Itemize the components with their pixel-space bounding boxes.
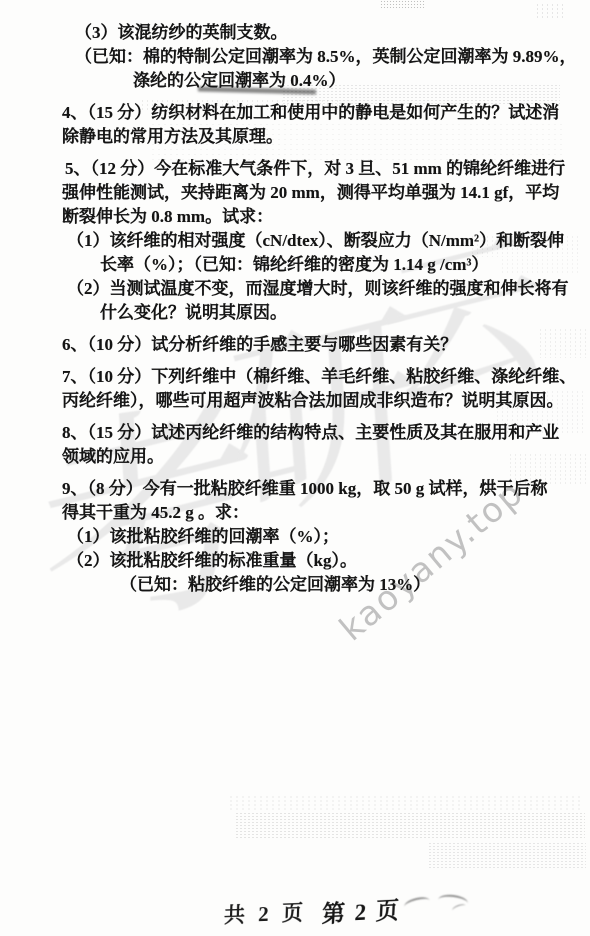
handwritten-scribble — [403, 895, 431, 912]
text-line: （已知：粘胶纤维的公定回潮率为 13%） — [62, 573, 582, 597]
scan-noise — [380, 0, 425, 8]
text-line: 丙纶纤维），哪些可用超声波粘合法加固成非织造布？说明其原因。 — [62, 389, 582, 413]
footer-current-page: 第 2 页 — [321, 892, 402, 929]
text-line: 除静电的常用方法及其原理。 — [62, 125, 582, 149]
text-line: 涤纶的公定回潮率为 0.4%） — [62, 69, 582, 93]
text-line: （1）该纤维的相对强度（cN/dtex）、断裂应力（N/mm²）和断裂伸 — [62, 229, 582, 253]
text-line: 什么变化？说明其原因。 — [62, 301, 582, 325]
text-line: （2）该批粘胶纤维的标准重量（kg）。 — [62, 549, 582, 573]
text-line: （3）该混纺纱的英制支数。 — [62, 21, 582, 45]
text-line: 长率（%）；（已知：锦纶纤维的密度为 1.14 g /cm³） — [62, 253, 582, 277]
text-line: 得其干重为 45.2 g 。求： — [62, 501, 582, 525]
question-block: 5、（12 分）今在标准大气条件下，对 3 旦、51 mm 的锦纶纤维进行强伸性… — [62, 157, 582, 325]
footer-total-pages: 共 2 页 — [224, 897, 308, 930]
text-line: 强伸性能测试，夹持距离为 20 mm，测得平均单强为 14.1 gf，平均 — [62, 181, 582, 205]
text-line: 6、（10 分）试分析纤维的手感主要与哪些因素有关？ — [62, 333, 582, 357]
exam-body: （3）该混纺纱的英制支数。（已知：棉的特制公定回潮率为 8.5%，英制公定回潮率… — [62, 21, 582, 605]
scan-noise — [235, 812, 585, 840]
text-line: 4、（15 分）纺织材料在加工和使用中的静电是如何产生的？试述消 — [62, 101, 582, 125]
question-block: 4、（15 分）纺织材料在加工和使用中的静电是如何产生的？试述消除静电的常用方法… — [62, 101, 582, 149]
scan-noise — [535, 3, 567, 19]
text-line: （1）该批粘胶纤维的回潮率（%）； — [62, 525, 582, 549]
text-line: 9、（8 分）今有一批粘胶纤维重 1000 kg，取 50 g 试样，烘干后称 — [62, 477, 582, 501]
question-block: 7、（10 分）下列纤维中（棉纤维、羊毛纤维、粘胶纤维、涤纶纤维、丙纶纤维），哪… — [62, 365, 582, 413]
question-block: 8、（15 分）试述丙纶纤维的结构特点、主要性质及其在服用和产业领域的应用。 — [62, 421, 582, 469]
text-line: （2）当测试温度不变，而湿度增大时，则该纤维的强度和伸长将有 — [62, 277, 582, 301]
text-line: 5、（12 分）今在标准大气条件下，对 3 旦、51 mm 的锦纶纤维进行 — [62, 157, 582, 181]
question-block: （3）该混纺纱的英制支数。（已知：棉的特制公定回潮率为 8.5%，英制公定回潮率… — [62, 21, 582, 93]
text-line: 8、（15 分）试述丙纶纤维的结构特点、主要性质及其在服用和产业 — [62, 421, 582, 445]
question-block: 6、（10 分）试分析纤维的手感主要与哪些因素有关？ — [62, 333, 582, 357]
question-block: 9、（8 分）今有一批粘胶纤维重 1000 kg，取 50 g 试样，烘干后称得… — [62, 477, 582, 597]
text-line: 领域的应用。 — [62, 445, 582, 469]
text-line: （已知：棉的特制公定回潮率为 8.5%，英制公定回潮率为 9.89%， — [62, 45, 582, 69]
text-line: 断裂伸长为 0.8 mm。试求： — [62, 205, 582, 229]
text-line: 7、（10 分）下列纤维中（棉纤维、羊毛纤维、粘胶纤维、涤纶纤维、 — [62, 365, 582, 389]
scan-noise — [428, 842, 586, 868]
scan-noise — [228, 795, 583, 810]
scanned-exam-page: 考 研 云 kaoyany.top （3）该混纺纱的英制支数。（已知：棉的特制公… — [0, 0, 590, 936]
